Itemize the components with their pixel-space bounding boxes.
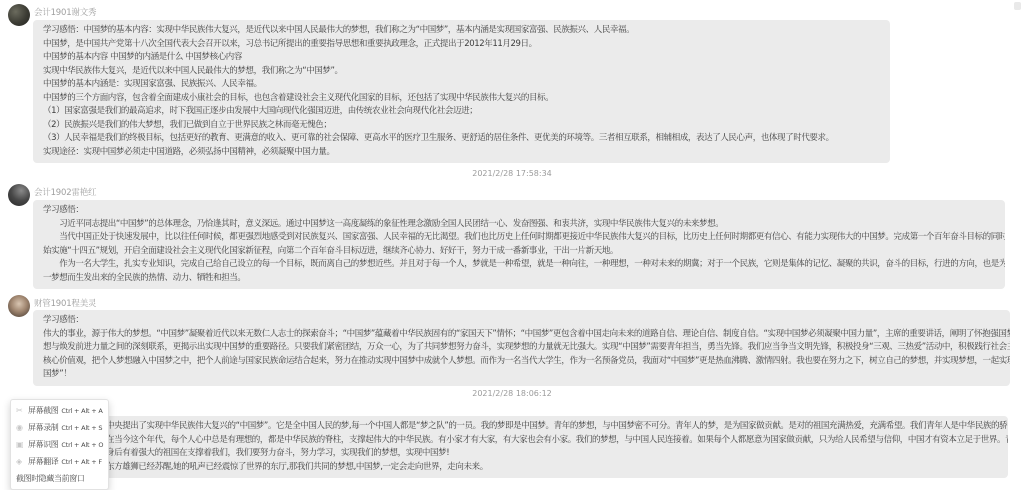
avatar[interactable] bbox=[8, 295, 30, 317]
message-line: 作为一名大学生，扎实专业知识，完成自己给自己设立的每一个目标，既而离自己的梦想近… bbox=[43, 258, 995, 272]
message-line: 实现途径：实现中国梦必须走中国道路，必须弘扬中国精神，必须凝聚中国力量。 bbox=[43, 146, 880, 160]
menu-item-shortcut: Ctrl + Alt + A bbox=[61, 407, 102, 415]
screen-record-icon: ◉ bbox=[16, 419, 28, 436]
message-line: 国梦”！ bbox=[43, 368, 1000, 382]
message-line: 核心价值观，把个人梦想融入中国梦之中，把个人前途与国家民族命运结合起来，努力在推… bbox=[43, 355, 1000, 369]
menu-item-label: 截图时隐藏当前窗口 bbox=[16, 473, 84, 484]
message-line: 想与焕发前进力量之间的深刻联系，更揭示出实现中国梦的重要路径。只要我们紧密团结，… bbox=[43, 341, 1000, 355]
menu-item-screenshot[interactable]: ✂屏幕截图Ctrl + Alt + A bbox=[11, 402, 108, 419]
message-line: 实现中华民族伟大复兴，是近代以来中国人民最伟大的梦想，我们称之为“中国梦”。 bbox=[43, 65, 880, 79]
avatar[interactable] bbox=[8, 4, 30, 26]
message-line: 中国梦的基本内容 中国梦的内涵是什么 中国梦核心内容 bbox=[43, 51, 880, 65]
message-line: 当代中国正处于快速发展中，比以往任何时候，都更强烈地感受到对民族复兴、国家富强、… bbox=[43, 231, 995, 245]
message-line: 东方雄狮已经苏醒,她的吼声已经震惊了世界的东厅,那我们共同的梦想,中国梦,一定会… bbox=[43, 461, 998, 475]
screen-translate-icon: ◈ bbox=[16, 453, 28, 470]
screenshot-context-menu: ✂屏幕截图Ctrl + Alt + A◉屏幕录制Ctrl + Alt + S▣屏… bbox=[10, 399, 109, 490]
screenshot-icon: ✂ bbox=[16, 402, 28, 419]
timestamp: 2021/2/28 18:06:12 bbox=[0, 389, 1024, 400]
message-line: （2）民族振兴是我们的伟大梦想，我们已做到自立于世界民族之林而毫无愧色； bbox=[43, 119, 880, 133]
message-line: 中央提出了实现中华民族伟大复兴的“中国梦”。它是全中国人民的梦,每一个中国人都是… bbox=[43, 420, 998, 434]
message-line: 伟大的事业，源于伟大的梦想。“中国梦”凝聚着近代以来无数仁人志士的探索奋斗；“中… bbox=[43, 328, 1000, 342]
message-bubble: 学习感悟：伟大的事业，源于伟大的梦想。“中国梦”凝聚着近代以来无数仁人志士的探索… bbox=[33, 310, 1010, 386]
message-line: 在当今这个年代，每个人心中总是有理想的，都是中华民族的脊柱，支撑起伟大的中华民族… bbox=[43, 434, 998, 448]
message-bubble: 学习感悟：中国梦的基本内容：实现中华民族伟大复兴，是近代以来中国人民最伟大的梦想… bbox=[33, 20, 890, 163]
message-line: 习近平同志提出“中国梦”的总体理念，乃恰逢其时，意义深远。通过中国梦这一高度凝练… bbox=[43, 218, 995, 232]
message-line: 中国梦的基本内涵是：实现国家富强、民族振兴、人民幸福。 bbox=[43, 78, 880, 92]
message-line: 中国梦的三个方面内容，包含着全面建成小康社会的目标，也包含着建设社会主义现代化国… bbox=[43, 92, 880, 106]
message-bubble: 中央提出了实现中华民族伟大复兴的“中国梦”。它是全中国人民的梦,每一个中国人都是… bbox=[33, 416, 1008, 478]
message-line: 学习感悟： bbox=[43, 204, 995, 218]
message-line: 中国梦，是中国共产党第十八次全国代表大会召开以来，习总书记所提出的重要指导思想和… bbox=[43, 38, 880, 52]
avatar[interactable] bbox=[8, 184, 30, 206]
menu-item-label: 屏幕录制 bbox=[28, 422, 58, 433]
menu-item-label: 屏幕截图 bbox=[28, 405, 58, 416]
menu-item-hide-window-toggle[interactable]: 截图时隐藏当前窗口 bbox=[11, 470, 108, 487]
message-line: 一梦想而生发出来的全民族的热情、动力、牺牲和担当。 bbox=[43, 272, 995, 286]
menu-item-label: 屏幕翻译 bbox=[28, 456, 58, 467]
menu-item-shortcut: Ctrl + Alt + S bbox=[61, 424, 102, 432]
menu-item-screen-translate[interactable]: ◈屏幕翻译Ctrl + Alt + F bbox=[11, 453, 108, 470]
scrollbar-thumb[interactable] bbox=[1014, 2, 1021, 10]
menu-item-shortcut: Ctrl + Alt + O bbox=[61, 441, 103, 449]
screen-ocr-icon: ▣ bbox=[16, 436, 28, 453]
timestamp: 2021/2/28 17:58:34 bbox=[0, 169, 1024, 180]
menu-item-shortcut: Ctrl + Alt + F bbox=[61, 458, 101, 466]
message-line: 学习感悟： bbox=[43, 314, 1000, 328]
message-line: 学习感悟：中国梦的基本内容：实现中华民族伟大复兴，是近代以来中国人民最伟大的梦想… bbox=[43, 24, 880, 38]
menu-item-label: 屏幕识图 bbox=[28, 439, 58, 450]
message-line: （3）人民幸福是我们的终极目标，包括更好的教育、更满意的收入、更可靠的社会保障、… bbox=[43, 132, 880, 146]
sender-name: 会计1902雷艳红 bbox=[34, 186, 96, 198]
message-bubble: 学习感悟： 习近平同志提出“中国梦”的总体理念，乃恰逢其时，意义深远。通过中国梦… bbox=[33, 200, 1005, 289]
menu-item-screen-ocr[interactable]: ▣屏幕识图Ctrl + Alt + O bbox=[11, 436, 108, 453]
menu-item-screen-record[interactable]: ◉屏幕录制Ctrl + Alt + S bbox=[11, 419, 108, 436]
message-line: 身后有着强大的祖国在支撑着我们，我们要努力奋斗，努力学习，实现我们的梦想，实现中… bbox=[43, 447, 998, 461]
message-line: （1）国家富强是我们的最高追求，时下我国正逐步由发展中大国向现代化强国迈进，由传… bbox=[43, 105, 880, 119]
sender-name: 会计1901谢文秀 bbox=[34, 6, 96, 18]
sender-name: 财管1901程美灵 bbox=[34, 297, 96, 309]
message-line: 始实施“十四五”规划，开启全面建设社会主义现代化国家新征程，向第二个百年奋斗目标… bbox=[43, 245, 995, 259]
